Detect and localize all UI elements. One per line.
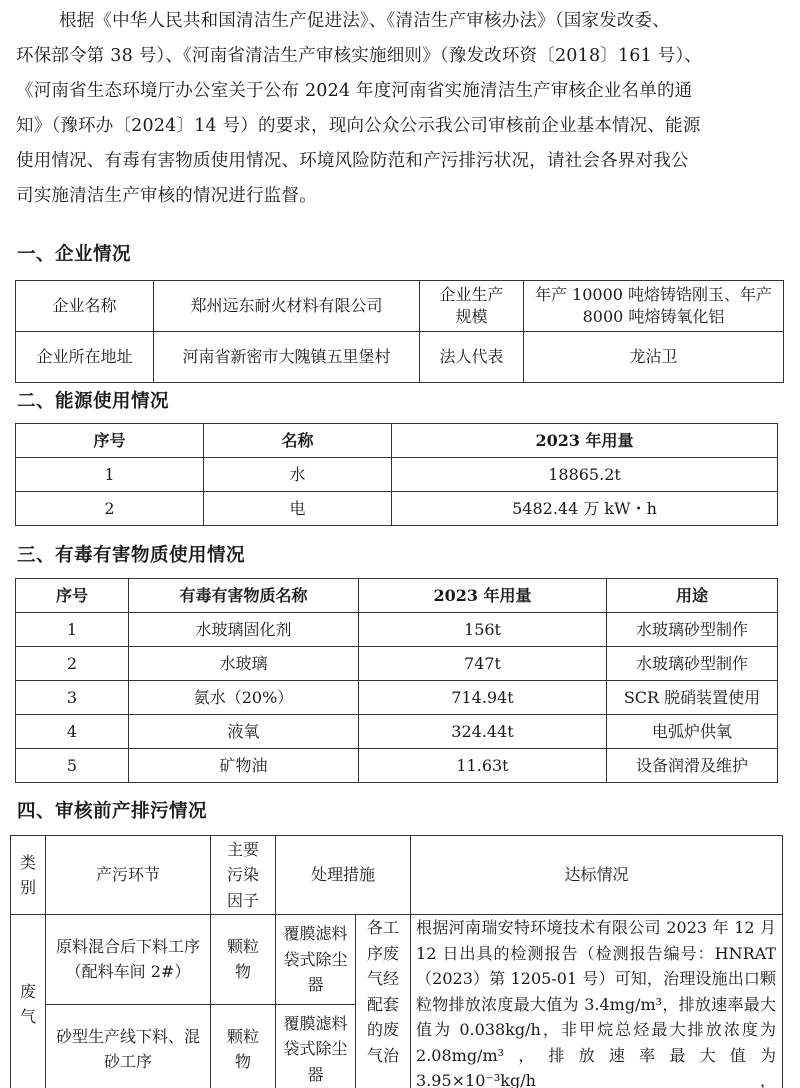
label-production-scale: 企业生产规模 (420, 281, 524, 332)
value-production-scale: 年产 10000 吨熔铸锆刚玉、年产 8000 吨熔铸氧化铝 (524, 281, 784, 332)
compliance-line: （2023）第 1205-01 号）可知，治理设施出口颗 (416, 966, 776, 992)
cell: 18865.2t (392, 458, 778, 492)
pollutant-cell: 颗粒物 (211, 1004, 276, 1088)
cell: 4 (16, 715, 129, 749)
cell: 氨水（20%） (129, 681, 359, 715)
cell: 1 (16, 613, 129, 647)
table-row: 5 矿物油 11.63t 设备润滑及维护 (16, 749, 778, 783)
col-header-compliance: 达标情况 (411, 836, 783, 915)
col-header: 序号 (16, 424, 204, 458)
col-header: 2023 年用量 (359, 579, 607, 613)
energy-table: 序号 名称 2023 年用量 1 水 18865.2t 2 电 5482.44 … (15, 423, 778, 526)
table-row: 1 水玻璃固化剂 156t 水玻璃砂型制作 (16, 613, 778, 647)
hazardous-substances-table: 序号 有毒有害物质名称 2023 年用量 用途 1 水玻璃固化剂 156t 水玻… (15, 578, 778, 783)
label-company-name: 企业名称 (16, 281, 154, 332)
col-header-pollutant: 主要污染因子 (211, 836, 276, 915)
intro-paragraph: 根据《中华人民共和国清洁生产促进法》、《清洁生产审核办法》（国家发改委、 环保部… (16, 4, 781, 214)
section-heading-energy: 二、能源使用情况 (17, 387, 169, 413)
process-cell: 原料混合后下料工序（配料车间 2#） (46, 915, 211, 1005)
cell: 矿物油 (129, 749, 359, 783)
table-header-row: 序号 名称 2023 年用量 (16, 424, 778, 458)
table-row: 企业名称 郑州远东耐火材料有限公司 企业生产规模 年产 10000 吨熔铸锆刚玉… (16, 281, 784, 332)
compliance-line: 值为 0.038kg/h，非甲烷总烃最大排放浓度为 (416, 1017, 776, 1043)
table-header-row: 序号 有毒有害物质名称 2023 年用量 用途 (16, 579, 778, 613)
intro-line: 使用情况、有毒有害物质使用情况、环境风险防范和产污排污状况，请社会各界对我公 (16, 144, 781, 179)
value-legal-rep: 龙沾卫 (524, 332, 784, 383)
intro-line: 根据《中华人民共和国清洁生产促进法》、《清洁生产审核办法》（国家发改委、 (16, 4, 781, 39)
intro-line: 环保部令第 38 号）、《河南省清洁生产审核实施细则》（豫发改环资〔2018〕1… (16, 39, 781, 74)
value-company-name: 郑州远东耐火材料有限公司 (154, 281, 420, 332)
cell: 水玻璃砂型制作 (607, 613, 778, 647)
col-header: 序号 (16, 579, 129, 613)
col-header-category: 类别 (11, 836, 46, 915)
table-row: 4 液氧 324.44t 电弧炉供氧 (16, 715, 778, 749)
cell: 324.44t (359, 715, 607, 749)
table-row: 3 氨水（20%） 714.94t SCR 脱硝装置使用 (16, 681, 778, 715)
emissions-table: 类别 产污环节 主要污染因子 处理措施 达标情况 废气 原料混合后下料工序（配料… (10, 835, 783, 1088)
cell: 714.94t (359, 681, 607, 715)
section-heading-company: 一、企业情况 (17, 240, 131, 266)
section-heading-hazardous: 三、有毒有害物质使用情况 (17, 541, 245, 567)
section-heading-emissions: 四、审核前产排污情况 (17, 797, 207, 823)
cell: 水玻璃 (129, 647, 359, 681)
cell: 水 (204, 458, 392, 492)
process-cell: 砂型生产线下料、混砂工序 (46, 1004, 211, 1088)
cell: 11.63t (359, 749, 607, 783)
compliance-line: 粒物排放浓度最大值为 3.4mg/m³，排放速率最大 (416, 992, 776, 1018)
cell: 设备润滑及维护 (607, 749, 778, 783)
intro-line: 《河南省生态环境厅办公室关于公布 2024 年度河南省实施清洁生产审核企业名单的… (16, 74, 781, 109)
intro-line: 司实施清洁生产审核的情况进行监督。 (16, 179, 781, 214)
table-header-row: 类别 产污环节 主要污染因子 处理措施 达标情况 (11, 836, 783, 915)
cell: 5482.44 万 kW・h (392, 492, 778, 526)
compliance-line: 根据河南瑞安特环境技术有限公司 2023 年 12 月 (416, 915, 776, 941)
col-header: 2023 年用量 (392, 424, 778, 458)
label-legal-rep: 法人代表 (420, 332, 524, 383)
cell: 747t (359, 647, 607, 681)
compliance-line: 12 日出具的检测报告（检测报告编号：HNRAT (416, 941, 776, 967)
table-row: 2 电 5482.44 万 kW・h (16, 492, 778, 526)
cell: 2 (16, 647, 129, 681)
company-info-table: 企业名称 郑州远东耐火材料有限公司 企业生产规模 年产 10000 吨熔铸锆刚玉… (15, 280, 784, 383)
compliance-line: 2.08mg/m³，排放速率最大值为 3.95×10⁻³kg/h， (416, 1043, 776, 1088)
cell: SCR 脱硝装置使用 (607, 681, 778, 715)
cell: 1 (16, 458, 204, 492)
cell: 2 (16, 492, 204, 526)
cell: 156t (359, 613, 607, 647)
col-header-treatment: 处理措施 (276, 836, 411, 915)
value-address: 河南省新密市大隗镇五里堡村 (154, 332, 420, 383)
col-header-process: 产污环节 (46, 836, 211, 915)
pollutant-cell: 颗粒物 (211, 915, 276, 1005)
treatment-cell: 覆膜滤料袋式除尘器 (276, 1004, 356, 1088)
category-cell: 废气 (11, 915, 46, 1088)
col-header: 名称 (204, 424, 392, 458)
cell: 电弧炉供氧 (607, 715, 778, 749)
treatment-shared-cell: 各工序废气经配套的废气治 (356, 915, 411, 1088)
compliance-cell: 根据河南瑞安特环境技术有限公司 2023 年 12 月 12 日出具的检测报告（… (411, 915, 783, 1088)
cell: 5 (16, 749, 129, 783)
cell: 液氧 (129, 715, 359, 749)
table-row: 1 水 18865.2t (16, 458, 778, 492)
table-row: 2 水玻璃 747t 水玻璃砂型制作 (16, 647, 778, 681)
col-header: 有毒有害物质名称 (129, 579, 359, 613)
cell: 电 (204, 492, 392, 526)
cell: 水玻璃砂型制作 (607, 647, 778, 681)
table-row: 企业所在地址 河南省新密市大隗镇五里堡村 法人代表 龙沾卫 (16, 332, 784, 383)
treatment-cell: 覆膜滤料袋式除尘器 (276, 915, 356, 1005)
label-address: 企业所在地址 (16, 332, 154, 383)
table-row: 废气 原料混合后下料工序（配料车间 2#） 颗粒物 覆膜滤料袋式除尘器 各工序废… (11, 915, 783, 1005)
document-page: 根据《中华人民共和国清洁生产促进法》、《清洁生产审核办法》（国家发改委、 环保部… (0, 0, 800, 1088)
cell: 3 (16, 681, 129, 715)
cell: 水玻璃固化剂 (129, 613, 359, 647)
col-header: 用途 (607, 579, 778, 613)
intro-line: 知》（豫环办〔2024〕14 号）的要求，现向公众公示我公司审核前企业基本情况、… (16, 109, 781, 144)
